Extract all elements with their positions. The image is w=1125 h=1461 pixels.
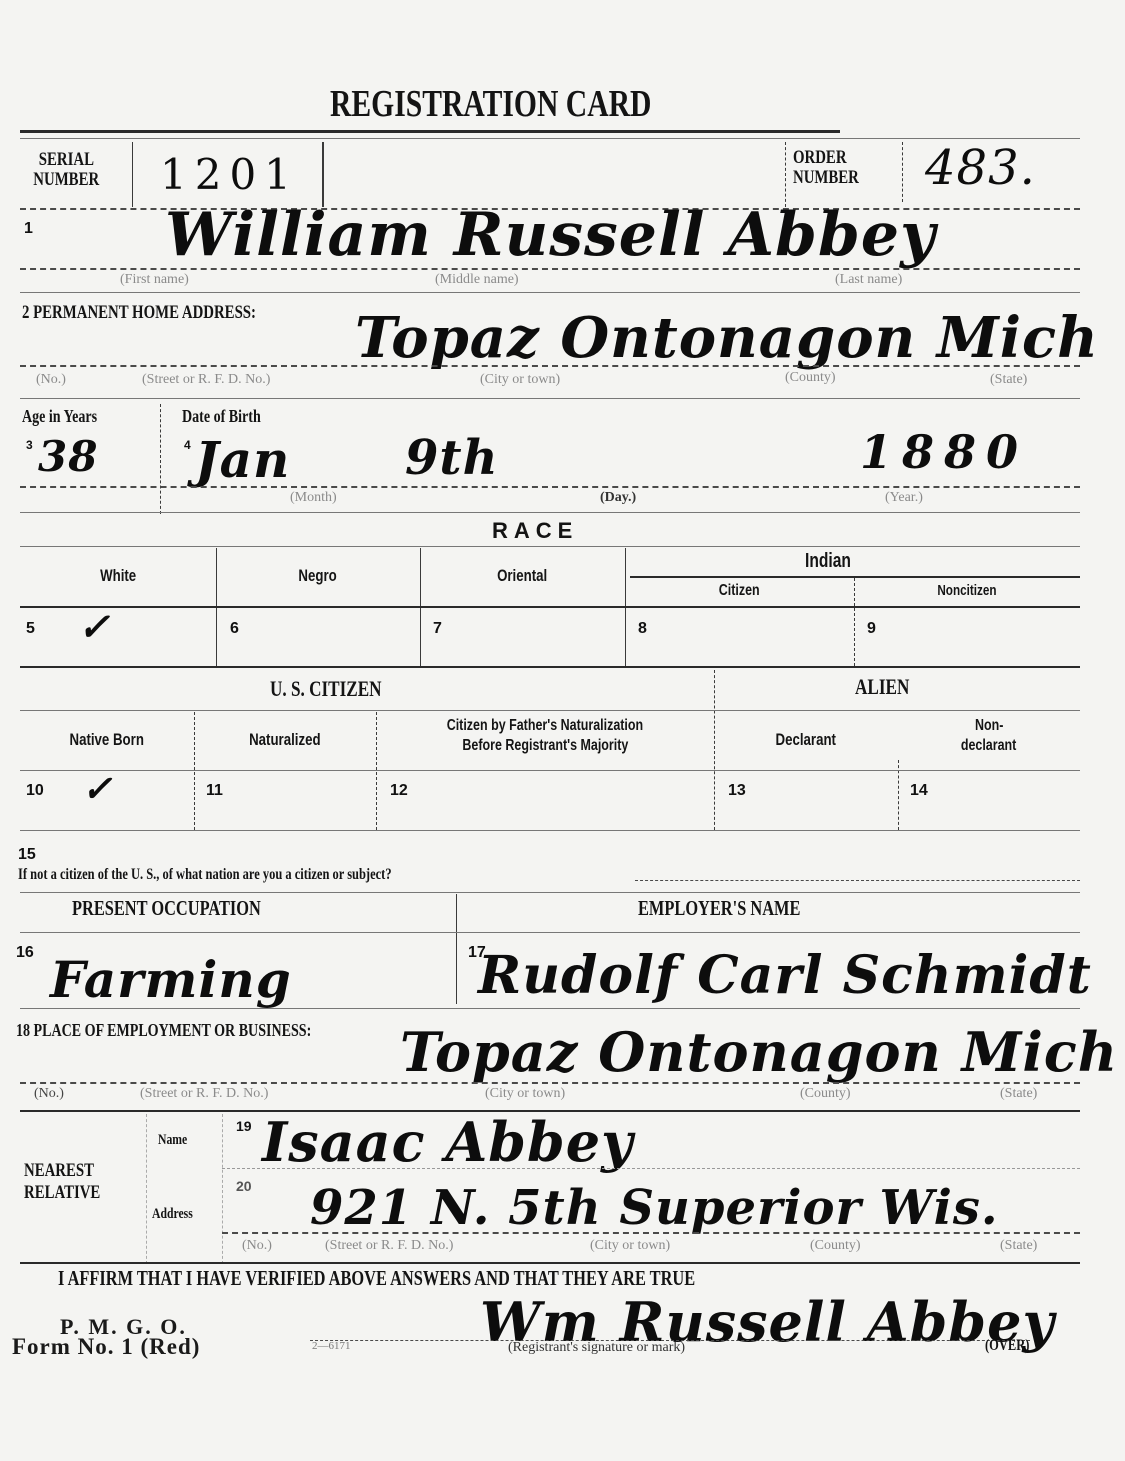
nation-question: If not a citizen of the U. S., of what n…	[18, 866, 497, 884]
rule	[20, 666, 1080, 668]
caption-street: (Street or R. F. D. No.)	[140, 1086, 268, 1102]
caption-no: (No.)	[34, 1086, 64, 1102]
caption-state: (State)	[1000, 1086, 1037, 1102]
caption-city: (City or town)	[590, 1238, 670, 1254]
race-header-indian-citizen: Citizen	[625, 582, 854, 600]
divider	[456, 894, 457, 1004]
employer-title: EMPLOYER'S NAME	[638, 896, 846, 921]
divider	[902, 142, 903, 202]
rule	[20, 1082, 1080, 1084]
divider	[222, 1114, 223, 1264]
birth-label: Date of Birth	[182, 406, 283, 427]
caption-month: (Month)	[290, 490, 337, 506]
top-rule-2	[20, 138, 1080, 139]
field-number: 10	[26, 782, 44, 800]
field-number: 4	[184, 438, 191, 452]
rule	[20, 770, 1080, 771]
field-number: 7	[433, 620, 442, 638]
over-note: (OVER)	[985, 1337, 1042, 1355]
rule	[222, 1168, 1080, 1169]
race-title: RACE	[492, 518, 578, 544]
field-number: 16	[16, 944, 34, 962]
rule	[222, 1232, 1080, 1234]
rule	[20, 830, 1080, 831]
caption-county: (County)	[785, 370, 836, 386]
alien-header-nondeclarant: Non- declarant	[898, 716, 1080, 756]
field-number: 13	[728, 782, 746, 800]
rule	[20, 710, 1080, 711]
field-number: 8	[638, 620, 647, 638]
occupation-title: PRESENT OCCUPATION	[72, 896, 314, 921]
nation-answer-line	[635, 880, 1080, 881]
order-number: 483.	[925, 140, 1036, 196]
rule	[20, 892, 1080, 893]
relative-name-label: Name	[158, 1132, 196, 1149]
birth-month: Jan	[195, 430, 290, 489]
affirmation-text: I AFFIRM THAT I HAVE VERIFIED ABOVE ANSW…	[58, 1266, 875, 1291]
serial-label: SERIAL NUMBER	[24, 150, 108, 190]
rule	[630, 576, 1080, 578]
caption-day: (Day.)	[600, 490, 636, 506]
rule	[20, 292, 1080, 293]
relative-address-value: 921 N. 5th Superior Wis.	[310, 1180, 999, 1236]
caption-street: (Street or R. F. D. No.)	[325, 1238, 453, 1254]
registrant-name: William Russell Abbey	[165, 200, 936, 270]
field-number: 11	[206, 782, 223, 800]
caption-year: (Year.)	[885, 490, 923, 506]
rule	[20, 268, 1080, 270]
rule	[20, 365, 1080, 367]
race-header-oriental: Oriental	[420, 566, 625, 586]
caption-street: (Street or R. F. D. No.)	[142, 372, 270, 388]
occupation-value: Farming	[50, 950, 292, 1009]
place-of-employment-label: 18 PLACE OF EMPLOYMENT OR BUSINESS:	[16, 1020, 395, 1041]
caption-no: (No.)	[36, 372, 66, 388]
caption-city: (City or town)	[480, 372, 560, 388]
card-title: REGISTRATION CARD	[330, 82, 742, 126]
field-number: 19	[236, 1118, 252, 1134]
divider	[132, 142, 133, 207]
field-number: 14	[910, 782, 928, 800]
caption-no: (No.)	[242, 1238, 272, 1254]
caption-last-name: (Last name)	[835, 272, 902, 288]
caption-county: (County)	[810, 1238, 861, 1254]
birth-year: 1880	[860, 425, 1028, 479]
top-rule	[20, 130, 840, 133]
relative-name-value: Isaac Abbey	[262, 1110, 633, 1174]
race-header-white: White	[20, 566, 216, 586]
field-number: 6	[230, 620, 239, 638]
field-number: 1	[24, 220, 33, 238]
cit-header-fathers-naturalization: Citizen by Father's Naturalization Befor…	[376, 716, 714, 756]
cit-header-native-born: Native Born	[20, 730, 194, 750]
caption-state: (State)	[1000, 1238, 1037, 1254]
caption-middle-name: (Middle name)	[435, 272, 519, 288]
rule	[20, 932, 1080, 933]
caption-state: (State)	[990, 372, 1027, 388]
signature-caption: (Registrant's signature or mark)	[508, 1340, 685, 1356]
birth-day: 9th	[405, 430, 498, 486]
age-value: 38	[38, 432, 98, 481]
rule	[20, 606, 1080, 608]
home-address-label: 2 PERMANENT HOME ADDRESS:	[22, 302, 322, 324]
nearest-relative-label: NEAREST RELATIVE	[24, 1160, 122, 1204]
alien-header-declarant: Declarant	[714, 730, 898, 750]
rule	[20, 398, 1080, 399]
rule	[20, 1262, 1080, 1264]
us-citizen-title: U. S. CITIZEN	[270, 676, 413, 702]
age-label: Age in Years	[22, 406, 118, 427]
field-number: 20	[236, 1178, 252, 1194]
race-header-indian-noncitizen: Noncitizen	[854, 582, 1080, 599]
serial-number: 1201	[160, 150, 299, 199]
indian-label: Indian	[805, 550, 864, 573]
race-white-mark: ✓	[78, 604, 111, 649]
field-number: 9	[867, 620, 876, 638]
caption-first-name: (First name)	[120, 272, 189, 288]
rule	[20, 486, 1080, 488]
place-of-employment-value: Topaz Ontonagon Mich	[400, 1020, 1118, 1084]
divider	[146, 1114, 147, 1264]
order-label: ORDER NUMBER	[793, 148, 877, 188]
field-number: 15	[18, 846, 36, 864]
form-number: Form No. 1 (Red)	[12, 1334, 200, 1360]
rule	[20, 512, 1080, 513]
rule	[20, 546, 1080, 547]
alien-title: ALIEN	[855, 674, 925, 700]
field-number: 5	[26, 620, 35, 638]
field-number: 3	[26, 438, 33, 452]
employer-value: Rudolf Carl Schmidt	[478, 945, 1092, 1006]
cit-header-naturalized: Naturalized	[194, 730, 376, 750]
field-number: 12	[390, 782, 408, 800]
native-born-mark: ✓	[82, 768, 113, 810]
rule	[20, 1008, 1080, 1009]
divider	[714, 670, 715, 830]
caption-city: (City or town)	[485, 1086, 565, 1102]
divider	[160, 404, 161, 514]
race-header-negro: Negro	[216, 566, 420, 586]
divider	[785, 142, 786, 207]
caption-county: (County)	[800, 1086, 851, 1102]
print-code: 2—6171	[312, 1340, 351, 1352]
divider	[322, 142, 324, 207]
relative-address-label: Address	[152, 1206, 204, 1223]
home-address-value: Topaz Ontonagon Mich	[355, 305, 1099, 371]
